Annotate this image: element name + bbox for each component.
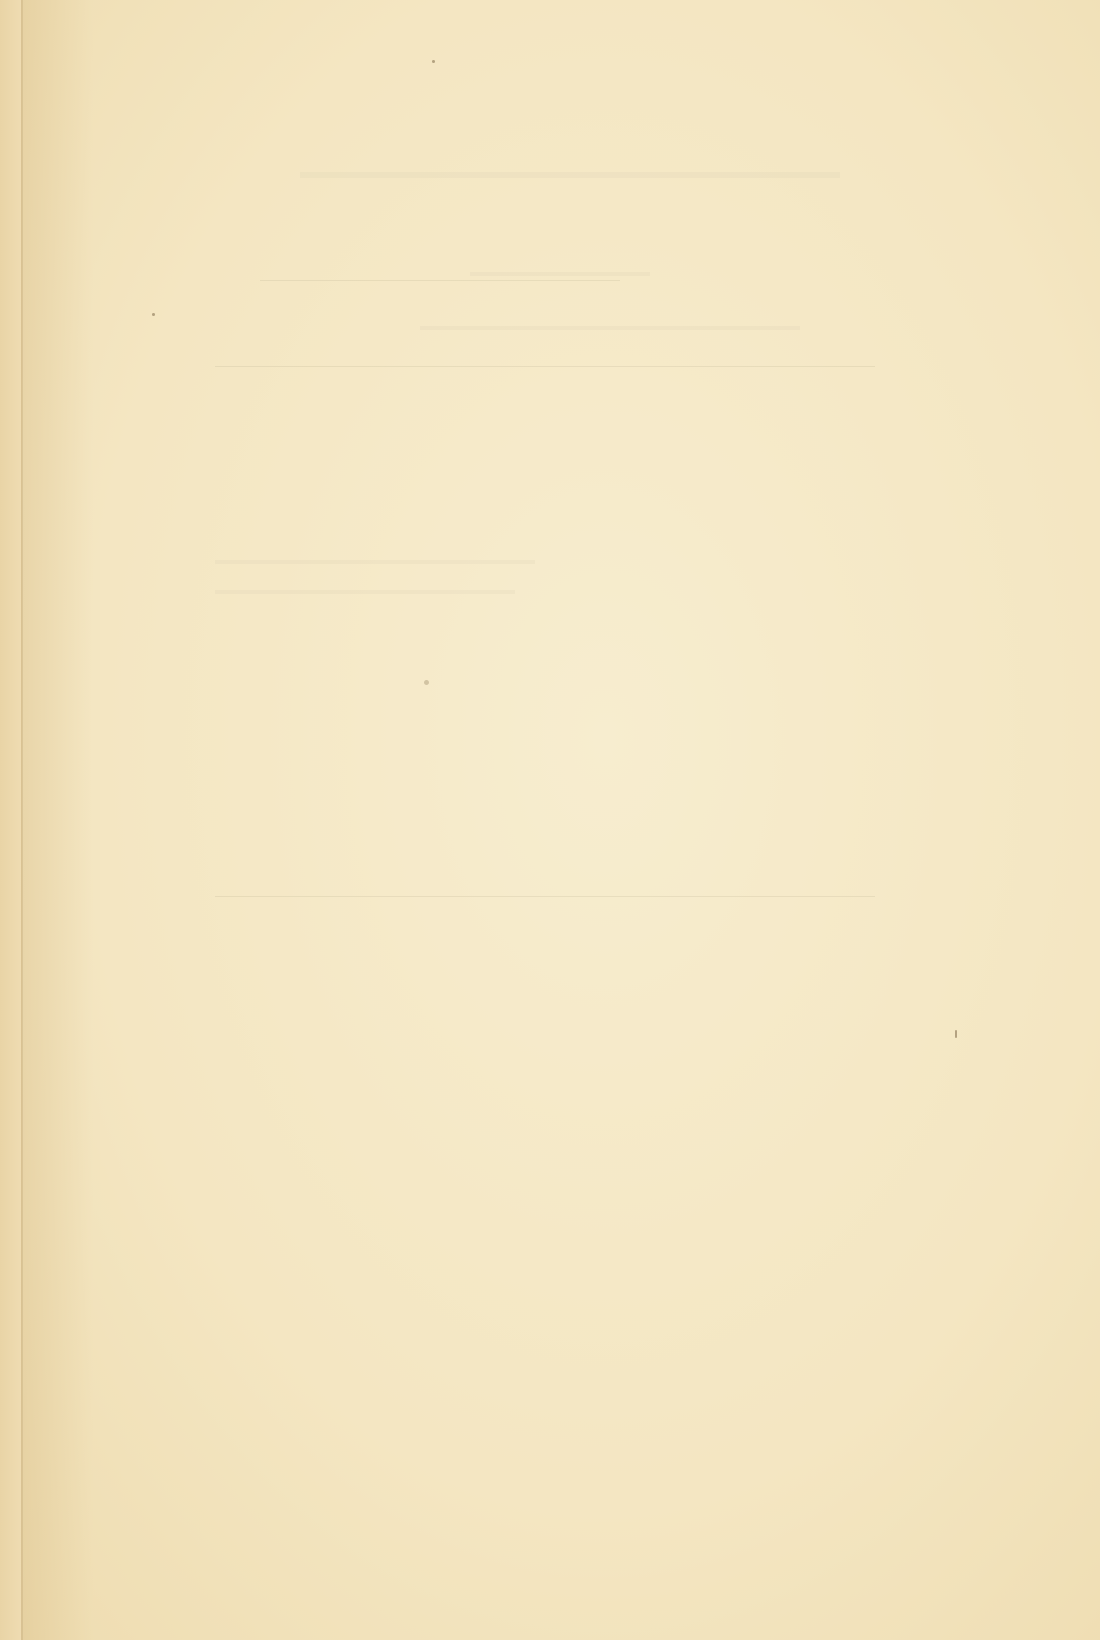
- paper-speck: [432, 60, 435, 63]
- paper-speck: [955, 1030, 957, 1038]
- blank-paper-page: [0, 0, 1100, 1640]
- bleed-through-heading: [300, 172, 840, 178]
- paper-speck: [152, 313, 155, 316]
- bleed-through-row: [215, 560, 535, 564]
- bleed-through-row: [215, 590, 515, 594]
- bleed-through-table-rule-top: [215, 366, 875, 367]
- bleed-through-line: [420, 326, 800, 330]
- bleed-through-rule: [260, 280, 620, 281]
- bleed-through-subheading: [470, 272, 650, 276]
- edge-shadow: [23, 0, 93, 1640]
- paper-speck: [424, 680, 429, 685]
- bleed-through-table-rule-bottom: [215, 896, 875, 897]
- binding-edge: [0, 0, 22, 1640]
